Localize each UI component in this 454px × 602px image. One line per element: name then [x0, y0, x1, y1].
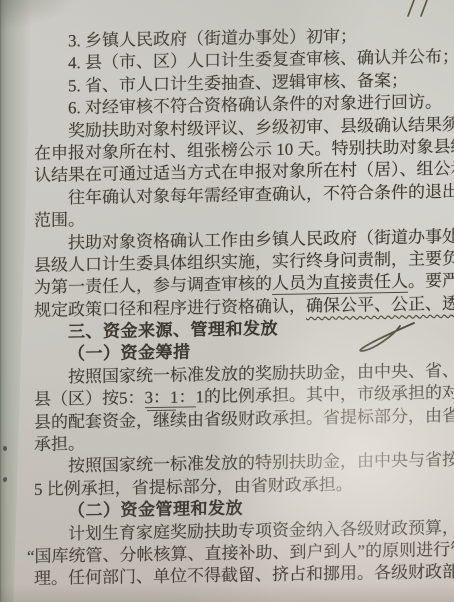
- text-segment: 为第一责任人，参与调查审核的: [34, 274, 272, 297]
- document-text-block: 3. 乡镇人民政府（街道办事处）初审； 4. 县（市、区）人口计生委复查审核、确…: [34, 24, 448, 591]
- page-left-edge: [0, 0, 32, 602]
- text-segment: 规定政策口径和程序进行资格确认，: [34, 296, 306, 320]
- text-segment: 1的比例承担。其中，市级承担的对濉溪: [196, 383, 454, 407]
- text-segment: 。要严格按: [408, 271, 454, 291]
- handwritten-page-number: [398, 0, 438, 18]
- pen-wavy-underline-mark: 确保公平、公正、透明: [306, 293, 454, 315]
- photo-background: 3. 乡镇人民政府（街道办事处）初审； 4. 县（市、区）人口计生委复查审核、确…: [0, 0, 454, 602]
- binding-speck: [2, 476, 7, 482]
- text-segment: 县（区）按5：: [34, 388, 145, 409]
- pen-underline-mark: 人员为直接责任人: [272, 272, 408, 295]
- binding-speck: [3, 446, 7, 451]
- pen-double-underline-mark: 3：1：: [145, 388, 196, 409]
